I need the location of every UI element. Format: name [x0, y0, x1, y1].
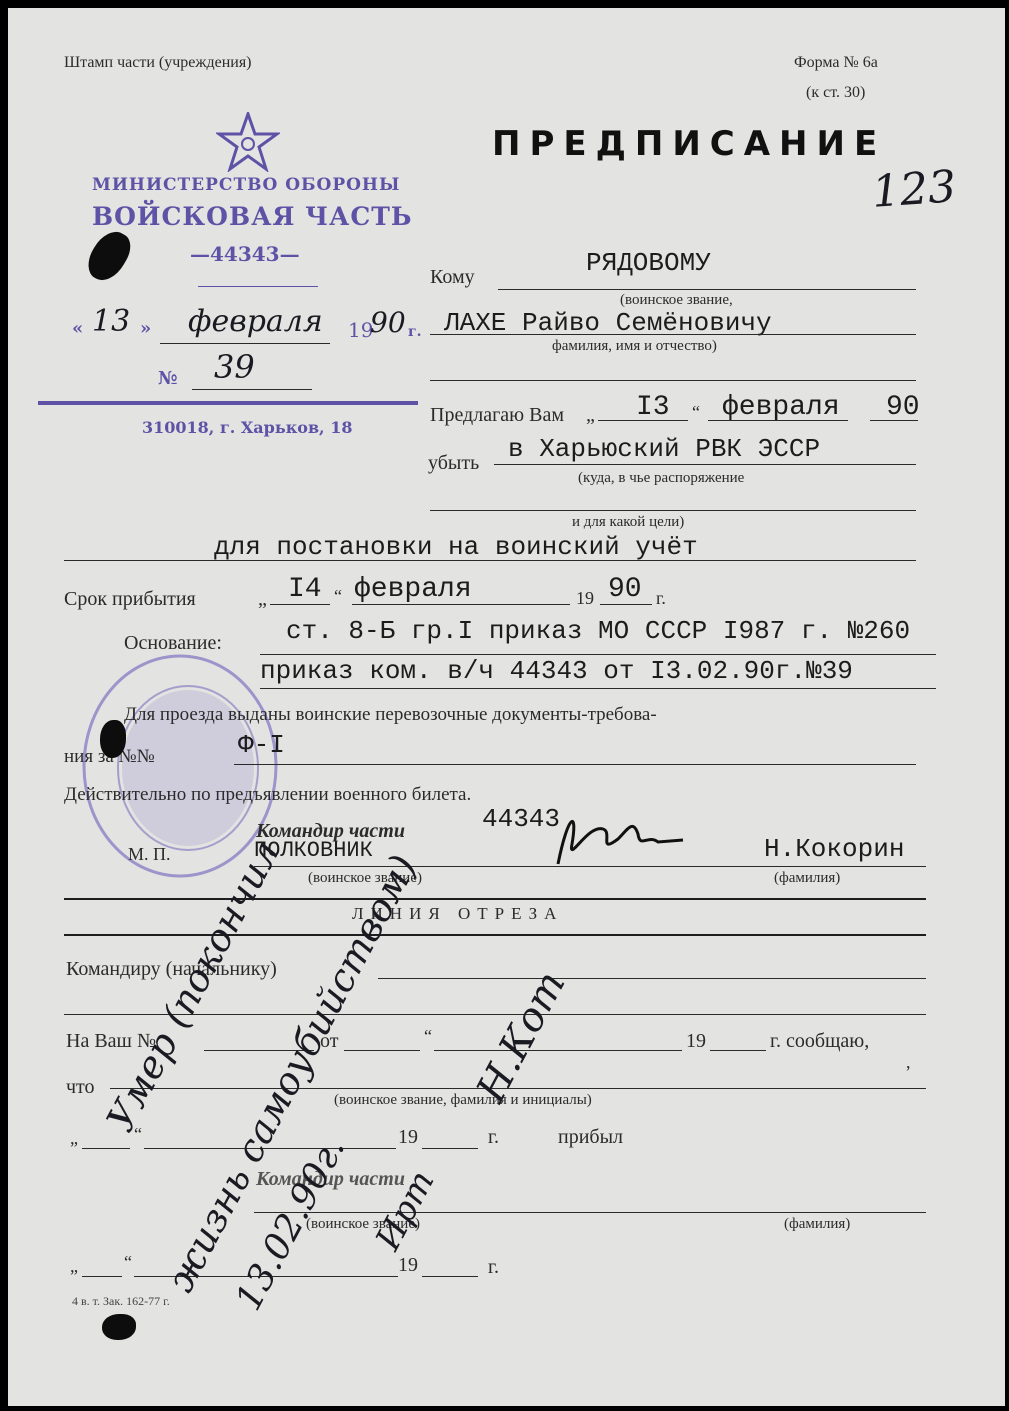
final-day-line [82, 1276, 122, 1277]
rank-line [498, 289, 916, 290]
purpose: для постановки на воинский учёт [214, 532, 698, 562]
stamp-ministry: МИНИСТЕРСТВО ОБОРОНЫ [92, 175, 400, 195]
order-open-quote: „ [586, 404, 595, 427]
validity-text: Действительно по предъявлении военного б… [64, 784, 471, 806]
reply-month-line [434, 1050, 682, 1051]
arrival-year-prefix: 19 [576, 588, 594, 609]
stamp-date-month: февраля [188, 304, 323, 339]
signature-surname-caption: (фамилия) [774, 870, 840, 887]
order-day-line [598, 420, 688, 421]
star-emblem-icon [216, 112, 280, 177]
travel-text-1: Для проезда выданы воинские перевозочные… [124, 704, 657, 726]
basis-underline-1 [260, 654, 936, 655]
rank-caption: (воинское звание, [620, 292, 733, 309]
travel-numbers-value: Ф-I [238, 730, 285, 760]
punch-hole-bottom [102, 1314, 136, 1340]
order-close-quote: “ [692, 402, 700, 423]
order-year: 90 [886, 392, 920, 423]
seal-label: М. П. [128, 844, 171, 865]
arrived-open-quote: „ [70, 1128, 78, 1149]
arrival-day-line [270, 604, 330, 605]
basis-line-2: приказ ком. в/ч 44343 от I3.02.90г.№39 [260, 656, 853, 686]
reply-comma: , [906, 1052, 911, 1073]
date-open-quote: « [72, 318, 83, 339]
recipient-rank: РЯДОВОМУ [586, 248, 711, 278]
that-label: что [66, 1076, 95, 1099]
order-month: февраля [722, 392, 840, 423]
reply-quote: “ [424, 1026, 432, 1047]
arrival-year: 90 [608, 574, 642, 605]
destination-line-2 [430, 510, 916, 511]
final-year-line [422, 1276, 478, 1277]
reply-year-suffix: г. сообщаю, [770, 1030, 869, 1053]
arrival-open-quote: „ [258, 588, 267, 611]
arrived-year-suffix: г. [488, 1126, 499, 1149]
purpose-caption: и для какой цели) [572, 514, 684, 531]
number-line [192, 389, 312, 390]
punch-hole-middle [100, 720, 126, 758]
arrived-year-line [422, 1148, 478, 1149]
stamp-caption: Штамп части (учреждения) [64, 54, 252, 72]
stamp-date-day: 13 [92, 304, 130, 339]
reply-year-line [710, 1050, 766, 1051]
arrival-label: Срок прибытия [64, 588, 196, 611]
cut-line-bottom [64, 934, 926, 936]
punch-hole-top [81, 225, 136, 287]
purpose-line [64, 560, 916, 561]
print-info: 4 в. т. Зак. 162-77 г. [72, 1294, 170, 1309]
stamp-unit: ВОЙСКОВАЯ ЧАСТЬ [92, 202, 413, 231]
signature-surname: Н.Кокорин [764, 834, 904, 864]
signature-line [254, 866, 926, 867]
form-reference: (к ст. 30) [806, 84, 865, 102]
final-year-prefix: 19 [398, 1254, 418, 1277]
that-caption: (воинское звание, фамилия и инициалы) [334, 1092, 592, 1109]
order-year-line [870, 420, 918, 421]
arrival-day: I4 [288, 574, 322, 605]
stamp-number-label: № [158, 368, 178, 389]
stamp-number-value: 39 [214, 348, 255, 386]
document-title: ПРЕДПИСАНИЕ [492, 124, 886, 164]
stamp-unit-number: —44343— [190, 242, 300, 266]
name-caption: фамилия, имя и отчество) [552, 338, 717, 355]
tearoff-surname-caption: (фамилия) [784, 1216, 850, 1233]
reply-year-prefix: 19 [686, 1030, 706, 1053]
cut-line-top [64, 898, 926, 900]
final-year-suffix: г. [488, 1256, 499, 1279]
destination-caption: (куда, в чье распоряжение [578, 470, 744, 487]
final-open-quote: „ [70, 1256, 78, 1277]
stamp-address: 310018, г. Харьков, 18 [142, 418, 352, 437]
arrived-year-prefix: 19 [398, 1126, 418, 1149]
arrived-day-line [82, 1148, 130, 1149]
date-year-suffix: г. [408, 324, 421, 340]
order-month-line [708, 420, 848, 421]
arrived-label: прибыл [558, 1126, 623, 1149]
basis-underline-2 [260, 688, 936, 689]
reply-from-line [344, 1050, 420, 1051]
handwritten-number: 123 [870, 161, 957, 218]
propose-label: Предлагаю Вам [430, 404, 564, 427]
extra-line [430, 380, 916, 381]
arrival-year-suffix: г. [656, 588, 666, 609]
basis-line-1: ст. 8-Б гр.I приказ МО СССР I987 г. №260 [286, 616, 910, 646]
destination-line [494, 464, 916, 465]
arrival-month-line [352, 604, 570, 605]
order-day: I3 [636, 392, 670, 423]
depart-label: убыть [428, 452, 479, 475]
date-month-line [160, 343, 330, 344]
stamp-date-year: 90 [370, 306, 406, 339]
destination: в Харьюский РВК ЭССР [508, 434, 820, 464]
travel-numbers-line [234, 764, 916, 765]
arrival-month: февраля [354, 574, 472, 605]
recipient-label: Кому [430, 266, 475, 289]
form-number: Форма № 6а [794, 54, 878, 72]
signature-scribble-icon [548, 804, 688, 879]
stamp-divider [198, 286, 318, 287]
stamp-bar [38, 401, 418, 405]
arrival-year-line [600, 604, 652, 605]
tearoff-commander-line [378, 978, 926, 979]
arrival-close-quote: “ [334, 586, 342, 607]
date-close-quote: » [140, 318, 151, 339]
name-line [430, 334, 916, 335]
order-document: Штамп части (учреждения) Форма № 6а (к с… [8, 8, 1005, 1406]
final-close-quote: “ [124, 1252, 132, 1273]
tearoff-sign-line [254, 1212, 926, 1213]
